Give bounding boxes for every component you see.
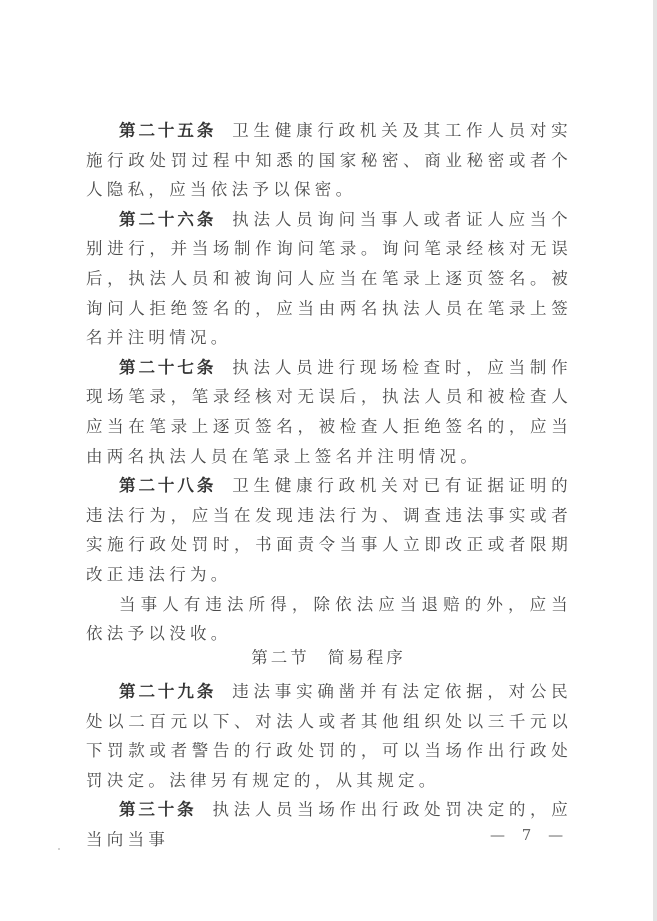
- scan-speck: [471, 608, 473, 610]
- article-28: 第二十八条卫生健康行政机关对已有证据证明的违法行为，应当在发现违法行为、调查违法…: [86, 471, 572, 589]
- article-25: 第二十五条卫生健康行政机关及其工作人员对实施行政处罚过程中知悉的国家秘密、商业秘…: [86, 116, 572, 205]
- article-number: 第二十五条: [119, 121, 216, 140]
- article-30: 第三十条执法人员当场作出行政处罚决定的，应当向当事: [86, 795, 572, 854]
- article-number: 第二十九条: [119, 682, 216, 701]
- article-text: 当事人有违法所得，除依法应当退赔的外，应当依法予以没收。: [86, 595, 572, 644]
- section-title: 简易程序: [328, 648, 406, 667]
- article-26: 第二十六条执法人员询问当事人或者证人应当个别进行，并当场制作询问笔录。询问笔录经…: [86, 205, 572, 353]
- page-edge-shadow: [653, 0, 657, 921]
- article-number: 第二十六条: [119, 210, 216, 229]
- article-number: 第二十八条: [119, 476, 216, 495]
- article-text: 执法人员询问当事人或者证人应当个别进行，并当场制作询问笔录。询问笔录经核对无误后…: [86, 210, 572, 347]
- scan-speck: [58, 848, 60, 850]
- article-28-clause-2: 当事人有违法所得，除依法应当退赔的外，应当依法予以没收。: [86, 590, 572, 649]
- section-heading: 第二节简易程序: [0, 644, 657, 668]
- section-number: 第二节: [251, 648, 310, 667]
- article-27: 第二十七条执法人员进行现场检查时，应当制作现场笔录，笔录经核对无误后，执法人员和…: [86, 353, 572, 471]
- article-number: 第三十条: [119, 800, 196, 819]
- article-number: 第二十七条: [119, 358, 216, 377]
- document-body: 第二十五条卫生健康行政机关及其工作人员对实施行政处罚过程中知悉的国家秘密、商业秘…: [86, 116, 572, 649]
- article-29: 第二十九条违法事实确凿并有法定依据，对公民处以二百元以下、对法人或者其他组织处以…: [86, 677, 572, 795]
- page-number: — 7 —: [490, 826, 569, 844]
